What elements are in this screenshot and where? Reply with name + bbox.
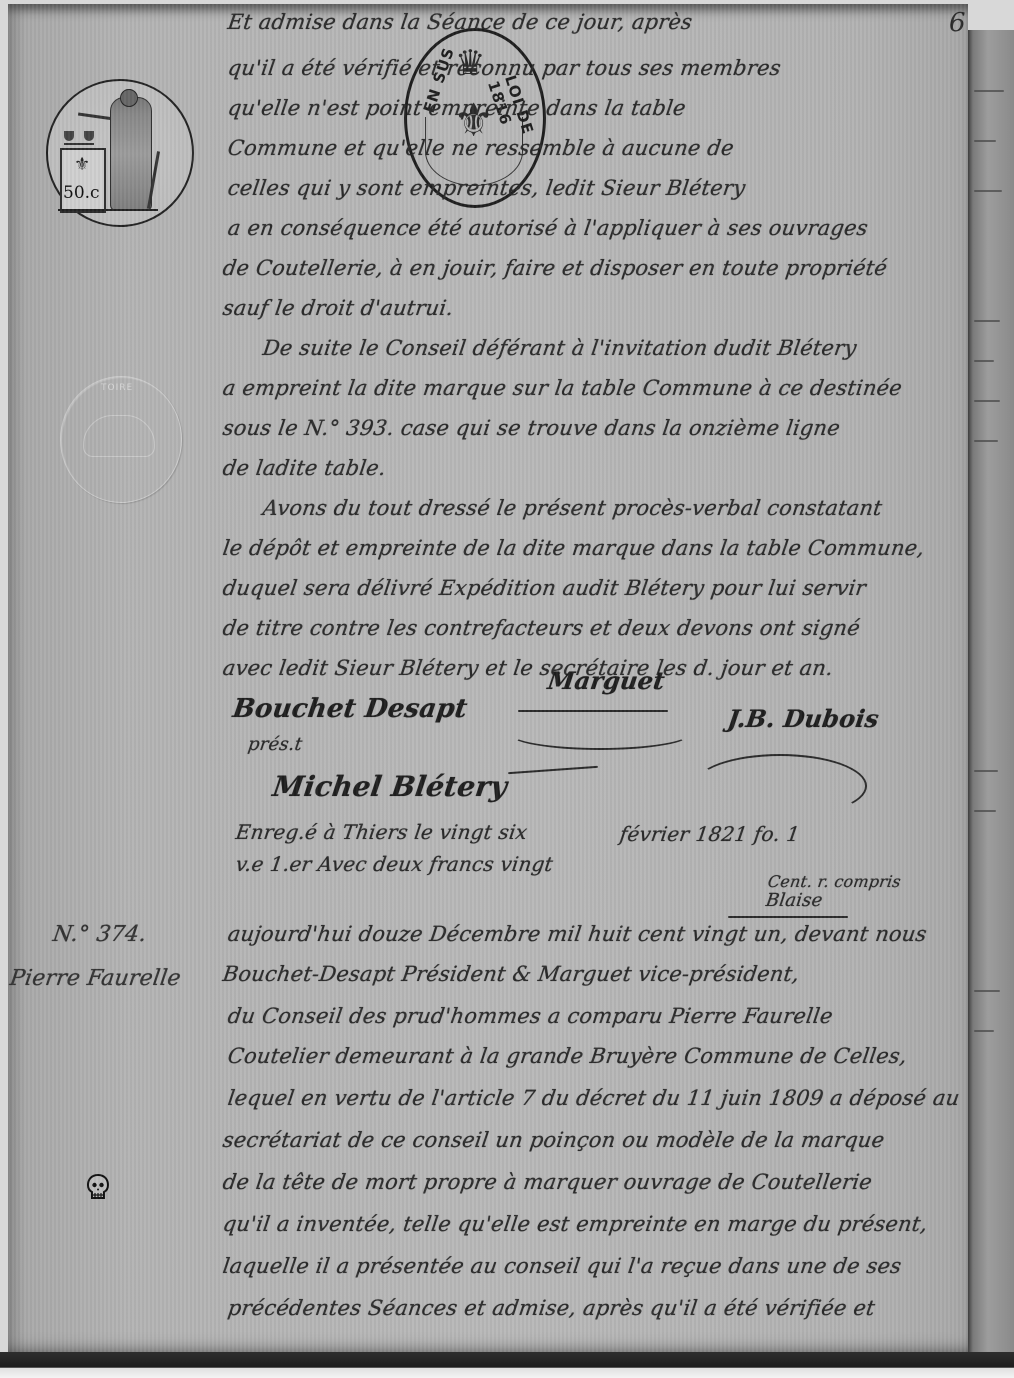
text-line: celles qui y sont empreintes, ledit Sieu… [226,176,747,200]
text-line: Bouchet-Desapt Président & Marguet vice-… [221,962,801,986]
adjacent-text-fragment [974,320,1000,322]
text-line: duquel sera délivré Expédition audit Blé… [221,576,867,600]
margin-entry-number: N.° 374. [51,922,148,947]
text-line: a en conséquence été autorisé à l'appliq… [226,216,869,240]
adjacent-text-fragment [974,990,1000,992]
signature-secretary: J.B. Dubois [726,704,881,733]
text-line: Coutelier demeurant à la grande Bruyère … [226,1044,908,1068]
stamp-base-line [58,209,158,211]
text-line: du Conseil des prud'hommes a comparu Pie… [226,1004,834,1028]
adjacent-text-fragment [974,1030,994,1032]
adjacent-text-fragment [974,140,996,142]
adjacent-page-edge [968,30,1014,1370]
registration-note-right: Cent. r. compris [767,872,903,891]
signature-president: Bouchet Desapt [231,694,469,724]
page-bottom-shadow [0,1352,1014,1378]
stamp-value: 50.c [63,183,100,203]
text-line: aujourd'hui douze Décembre mil huit cent… [226,922,928,946]
text-line: qu'il a inventée, telle qu'elle est empr… [221,1212,929,1236]
adjacent-text-fragment [974,190,1002,192]
text-line: de Coutellerie, à en jouir, faire et dis… [221,256,889,280]
signature-underline [518,710,668,712]
registration-underline [728,916,848,918]
signature-vice-president: Marguet [546,666,667,695]
text-line: précédentes Séances et admise, après qu'… [226,1296,876,1320]
embossed-seal-text: TOIRE [101,383,133,393]
document-frame: 6 ⚜ 50.c EN SUS ♛ ⚜ LOI DE 1816 TOIRE [0,0,1014,1378]
adjacent-text-fragment [974,360,994,362]
text-line: de la tête de mort propre à marquer ouvr… [221,1170,873,1194]
text-line: qu'elle n'est point empreinte dans la ta… [226,96,687,120]
justice-figure-icon [110,97,152,211]
text-line: sous le N.° 393. case qui se trouve dans… [221,416,841,440]
signature-flourish [693,754,867,818]
text-line: sauf le droit d'autrui. [221,296,455,320]
text-line: laquelle il a présentée au conseil qui l… [221,1254,903,1278]
text-line: secrétariat de ce conseil un poinçon ou … [221,1128,886,1152]
embossed-seal: TOIRE [60,376,182,503]
adjacent-text-fragment [974,440,998,442]
registration-signature: Blaise [765,890,825,911]
signature-president-title: prés.t [247,734,304,755]
registration-note-line: Enreg.é à Thiers le vingt six [234,820,529,844]
text-line: Commune et qu'elle ne ressemble à aucune… [226,136,735,160]
text-line: Et admise dans la Séance de ce jour, apr… [226,10,694,34]
text-line: de titre contre les contrefacteurs et de… [221,616,861,640]
justice-head [120,89,138,107]
adjacent-text-fragment [974,90,1004,92]
signature-stroke [508,766,598,774]
scales-of-justice-icon [64,121,94,145]
margin-entry-name: Pierre Faurelle [8,966,182,991]
adjacent-text-fragment [974,770,998,772]
signature-flourish [508,716,692,750]
justice-arm [78,113,114,121]
text-line: qu'il a été vérifié et reconnu par tous … [226,56,782,80]
registration-note-line: février 1821 fo. 1 [618,822,801,846]
stamp-pedestal: ⚜ 50.c [60,148,106,213]
skull-mark-icon [86,1174,110,1200]
tax-stamp-medallion: ⚜ 50.c [46,79,194,227]
adjacent-text-fragment [974,810,996,812]
embossed-animal-icon [83,415,155,457]
text-line: de ladite table. [221,456,387,480]
signature-depositor: Michel Blétery [271,770,510,803]
text-line: De suite le Conseil déférant à l'invitat… [261,336,858,360]
registration-note-line: v.e 1.er Avec deux francs vingt [234,852,554,876]
adjacent-text-fragment [974,400,1000,402]
text-line: Avons du tout dressé le présent procès-v… [261,496,883,520]
text-line: le dépôt et empreinte de la dite marque … [221,536,926,560]
text-line: lequel en vertu de l'article 7 du décret… [226,1086,961,1110]
manuscript-page: 6 ⚜ 50.c EN SUS ♛ ⚜ LOI DE 1816 TOIRE [8,4,968,1366]
text-line: avec ledit Sieur Blétery et le secrétair… [221,656,834,680]
page-number: 6 [949,8,966,38]
fleur-de-lis-icon: ⚜ [74,154,90,175]
text-line: a empreint la dite marque sur la table C… [221,376,903,400]
